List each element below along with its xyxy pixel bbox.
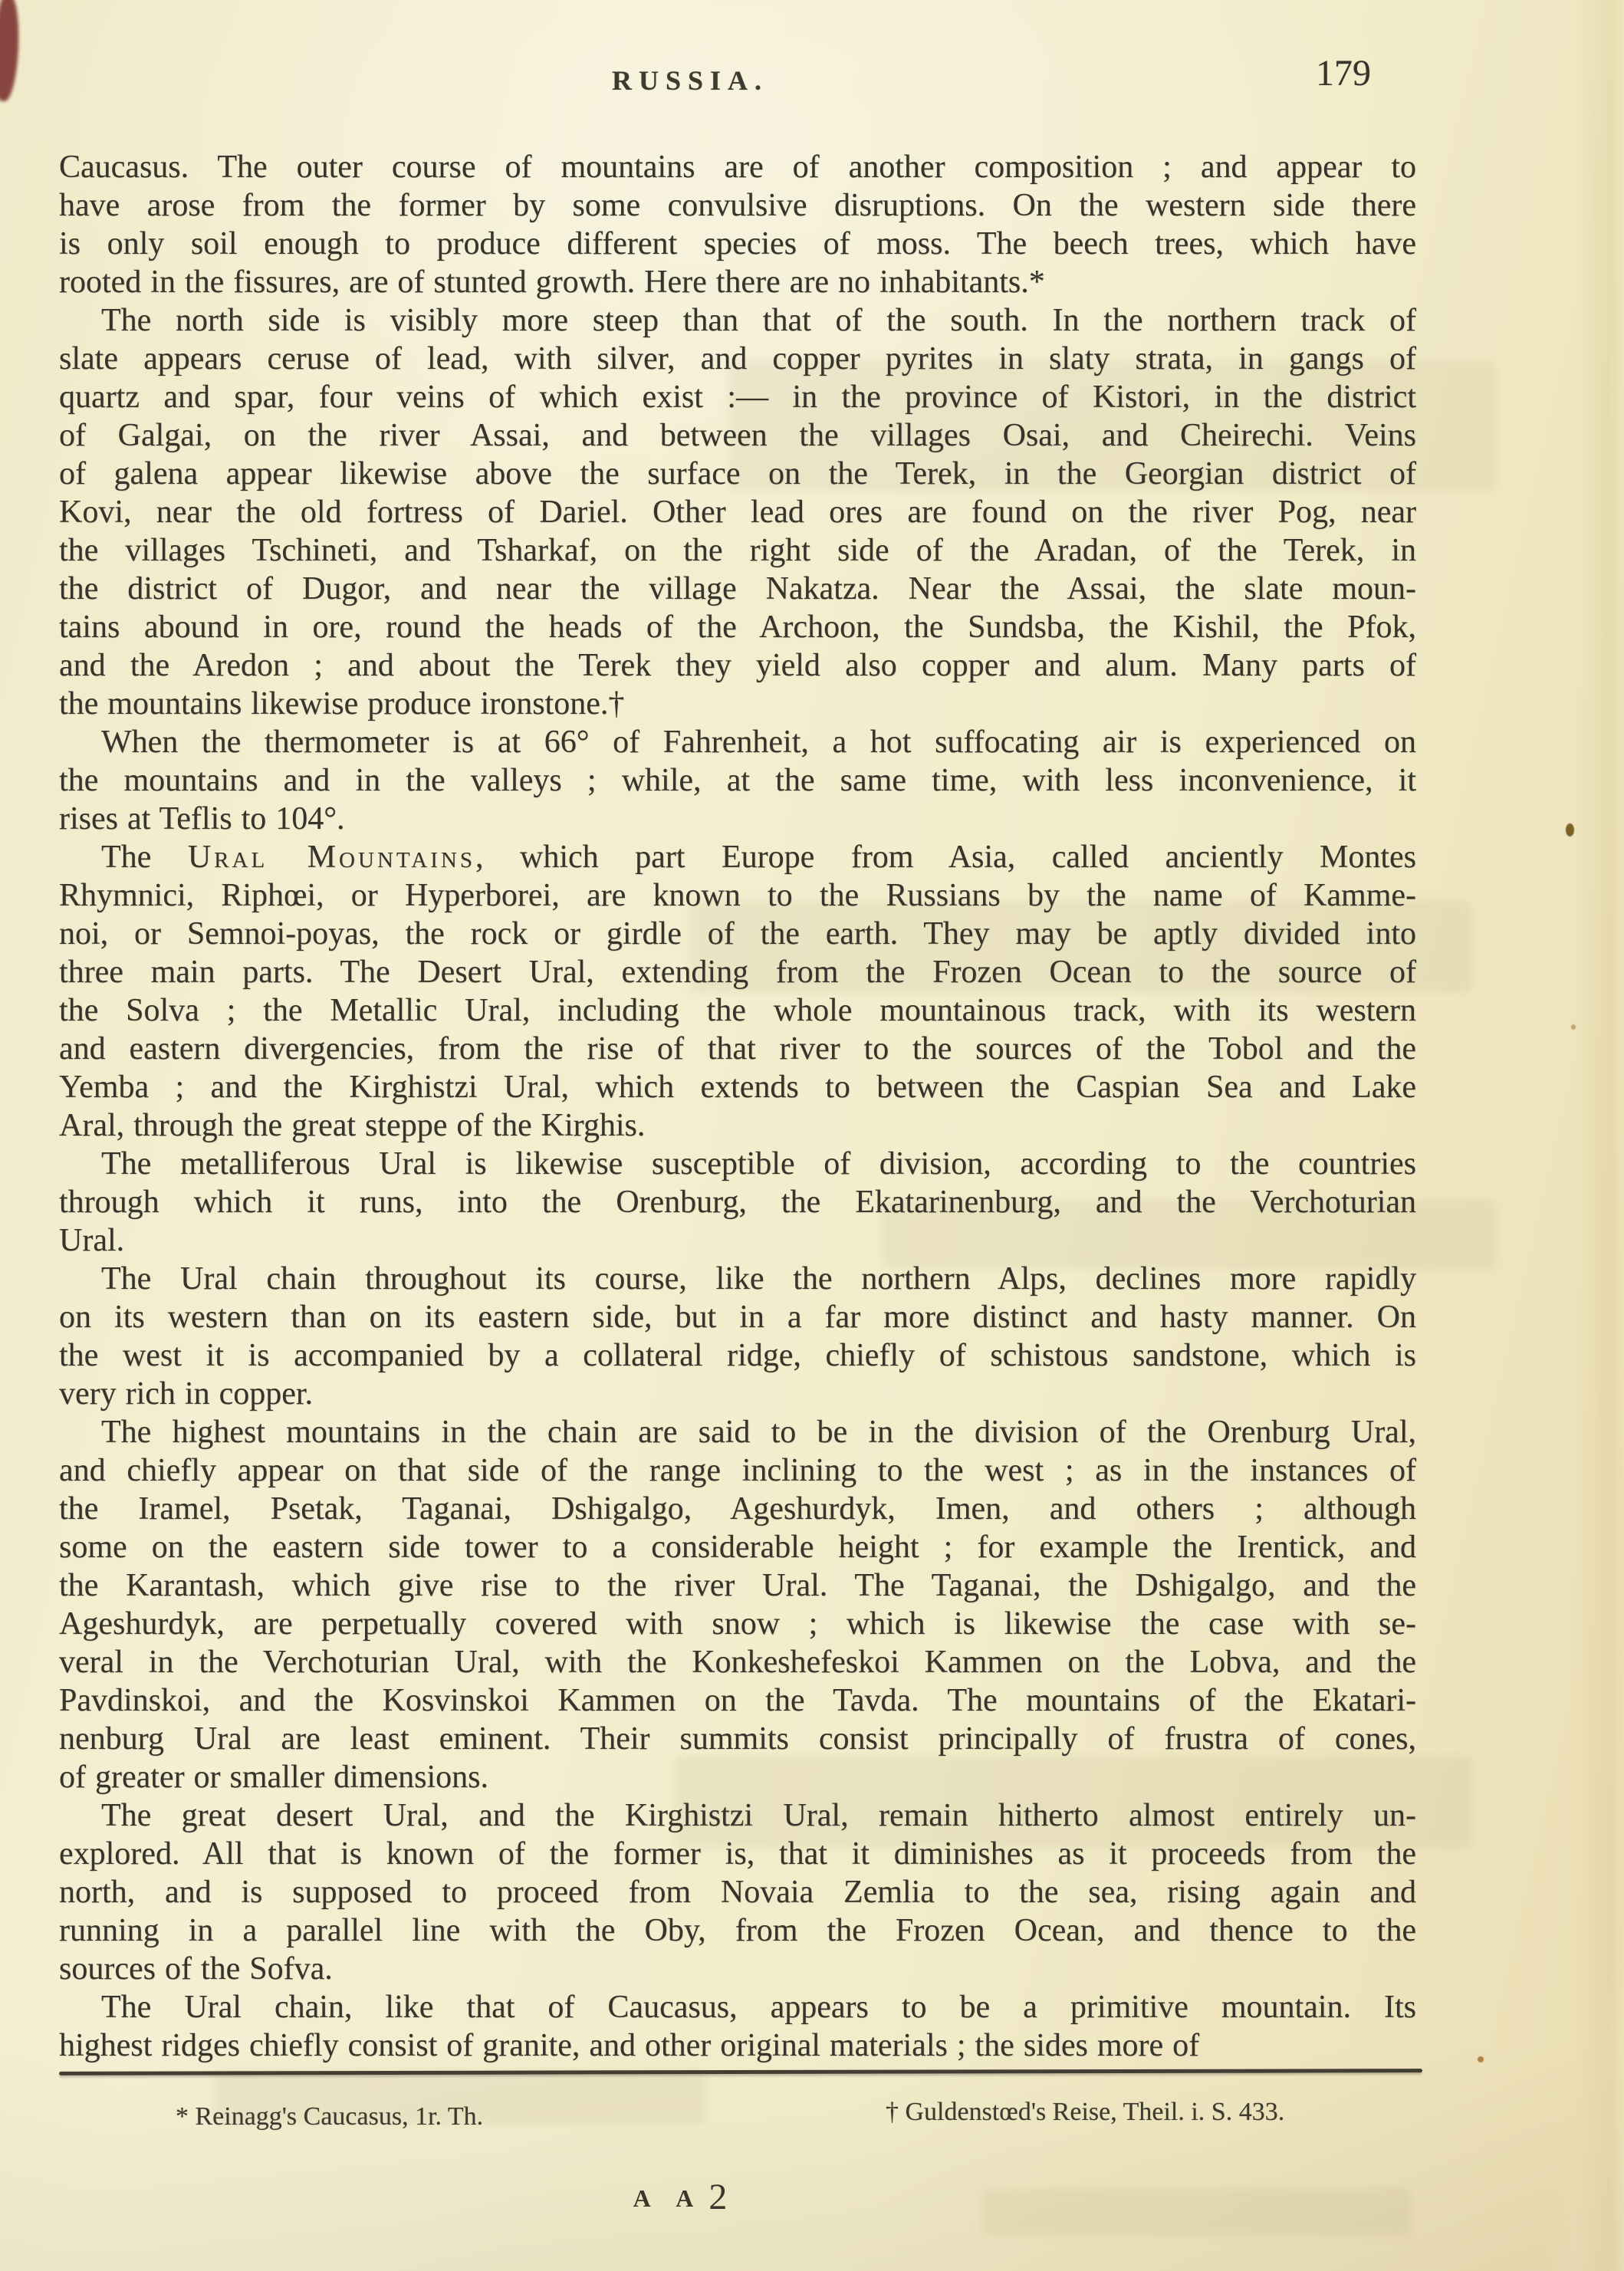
body-line: the Karantash, which give rise to the ri…: [59, 1566, 1416, 1605]
paragraph: The highest mountains in the chain are s…: [59, 1413, 1416, 1796]
footnote-asterisk: * Reinagg's Caucasus, 1r. Th.: [176, 2102, 483, 2131]
body-line: of Galgai, on the river Assai, and betwe…: [59, 416, 1416, 455]
body-line: Rhymnici, Riphœi, or Hyperborei, are kno…: [59, 876, 1416, 915]
body-line: the Solva ; the Metallic Ural, including…: [59, 991, 1416, 1030]
body-line: The metalliferous Ural is likewise susce…: [59, 1145, 1416, 1183]
small-caps-text: Ural Mountains: [188, 840, 475, 875]
body-line: The highest mountains in the chain are s…: [59, 1413, 1416, 1451]
body-line: have arose from the former by some convu…: [59, 186, 1416, 225]
body-line: some on the eastern side tower to a cons…: [59, 1528, 1416, 1566]
paragraph: The great desert Ural, and the Kirghistz…: [59, 1796, 1416, 1988]
body-line: noi, or Semnoi-poyas, the rock or girdle…: [59, 915, 1416, 953]
body-line: veral in the Verchoturian Ural, with the…: [59, 1643, 1416, 1681]
page-edge-shading: [1575, 0, 1624, 2271]
body-line: of greater or smaller dimensions.: [59, 1758, 1416, 1796]
body-line: Kovi, near the old fortress of Dariel. O…: [59, 493, 1416, 531]
body-line: running in a parallel line with the Oby,…: [59, 1911, 1416, 1950]
body-line: Caucasus. The outer course of mountains …: [59, 148, 1416, 186]
body-line: north, and is supposed to proceed from N…: [59, 1873, 1416, 1911]
running-head: RUSSIA.: [12, 64, 1369, 97]
page-number: 179: [1316, 52, 1371, 94]
body-line: rises at Teflis to 104°.: [59, 800, 1416, 838]
body-line: the Iramel, Psetak, Taganai, Dshigalgo, …: [59, 1490, 1416, 1528]
paragraph: The Ural chain throughout its course, li…: [59, 1260, 1416, 1413]
signature-number: 2: [708, 2177, 727, 2217]
body-line: Aral, through the great steppe of the Ki…: [59, 1106, 1416, 1145]
body-text-block: Caucasus. The outer course of mountains …: [59, 148, 1416, 2065]
body-line: the mountains and in the valleys ; while…: [59, 761, 1416, 800]
footnote-dagger: † Guldenstœd's Reise, Theil. i. S. 433.: [886, 2098, 1284, 2127]
body-line: rooted in the fissures, are of stunted g…: [59, 263, 1416, 301]
body-line: tains abound in ore, round the heads of …: [59, 608, 1416, 646]
body-line: the villages Tschineti, and Tsharkaf, on…: [59, 531, 1416, 570]
paragraph: The metalliferous Ural is likewise susce…: [59, 1145, 1416, 1260]
book-page: RUSSIA. 179 Caucasus. The outer course o…: [0, 0, 1624, 2271]
paragraph: When the thermometer is at 66° of Fahren…: [59, 723, 1416, 838]
body-line: of galena appear likewise above the surf…: [59, 455, 1416, 493]
paragraph: The Ural chain, like that of Caucasus, a…: [59, 1988, 1416, 2065]
body-line: slate appears ceruse of lead, with silve…: [59, 340, 1416, 378]
paragraph: The Ural Mountains, which part Europe fr…: [59, 838, 1416, 1145]
body-line: The Ural chain, like that of Caucasus, a…: [59, 1988, 1416, 2026]
body-line: highest ridges chiefly consist of granit…: [59, 2026, 1416, 2065]
body-line: The Ural Mountains, which part Europe fr…: [59, 838, 1416, 876]
signature-mark: A A2: [2, 2176, 1359, 2218]
body-line: is only soil enough to produce different…: [59, 225, 1416, 263]
paper-speck: [1566, 823, 1574, 836]
paragraph: Caucasus. The outer course of mountains …: [59, 148, 1416, 301]
body-line: sources of the Sofva.: [59, 1950, 1416, 1988]
body-line: The Ural chain throughout its course, li…: [59, 1260, 1416, 1298]
body-line: and eastern divergencies, from the rise …: [59, 1030, 1416, 1068]
body-line: and the Aredon ; and about the Terek the…: [59, 646, 1416, 685]
paragraph: The north side is visibly more steep tha…: [59, 301, 1416, 723]
body-line: the district of Dugor, and near the vill…: [59, 570, 1416, 608]
body-line: The great desert Ural, and the Kirghistz…: [59, 1796, 1416, 1835]
body-line: quartz and spar, four veins of which exi…: [59, 378, 1416, 416]
body-line: explored. All that is known of the forme…: [59, 1835, 1416, 1873]
body-line: nenburg Ural are least eminent. Their su…: [59, 1720, 1416, 1758]
body-line: The north side is visibly more steep tha…: [59, 301, 1416, 340]
body-line: Ural.: [59, 1221, 1416, 1260]
body-line: Yemba ; and the Kirghistzi Ural, which e…: [59, 1068, 1416, 1106]
body-line: three main parts. The Desert Ural, exten…: [59, 953, 1416, 991]
body-text: , which part Europe from Asia, called an…: [475, 840, 1416, 875]
body-line: the mountains likewise produce ironstone…: [59, 685, 1416, 723]
signature-letters: A A: [633, 2184, 705, 2212]
body-line: When the thermometer is at 66° of Fahren…: [59, 723, 1416, 761]
footnote-rule: [59, 2069, 1422, 2075]
body-line: Pavdinskoi, and the Kosvinskoi Kammen on…: [59, 1681, 1416, 1720]
body-line: the west it is accompanied by a collater…: [59, 1336, 1416, 1375]
body-line: through which it runs, into the Orenburg…: [59, 1183, 1416, 1221]
body-text: The: [101, 840, 188, 875]
paper-speck: [1571, 1024, 1576, 1030]
body-line: and chiefly appear on that side of the r…: [59, 1451, 1416, 1490]
body-line: very rich in copper.: [59, 1375, 1416, 1413]
paper-speck: [1478, 2056, 1484, 2062]
body-line: on its western than on its eastern side,…: [59, 1298, 1416, 1336]
body-line: Ageshurdyk, are perpetually covered with…: [59, 1605, 1416, 1643]
